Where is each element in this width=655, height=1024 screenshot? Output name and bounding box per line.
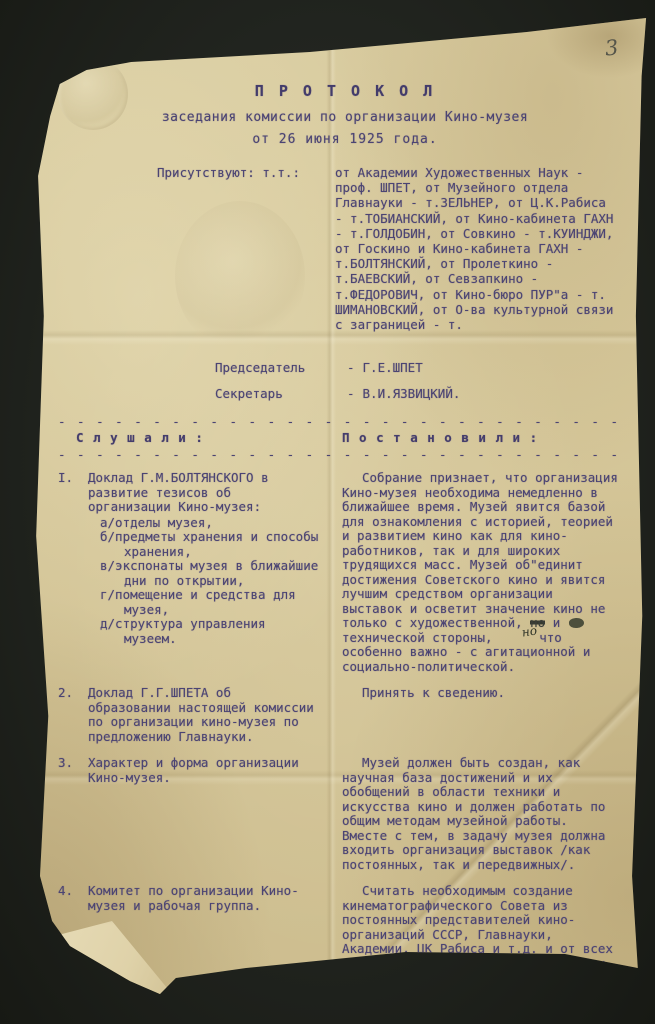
attendees-block: Присутствуют: т.т.: от Академии Художест… (157, 165, 618, 332)
document-title: П Р О Т О К О Л (72, 84, 618, 99)
minutes-row-4: 4. Комитет по организации Кино-музея и р… (58, 884, 618, 1024)
item-number: 2. (58, 686, 88, 744)
column-headers: С л у ш а л и : П о с т а н о в и л и : (58, 430, 618, 445)
heard-cell: 4. Комитет по организации Кино-музея и р… (58, 884, 330, 1024)
item-number: 3. (58, 756, 88, 872)
heard-cell: I. Доклад Г.М.БОЛТЯНСКОГО в развитие тез… (58, 471, 330, 674)
heard-cell: 3. Характер и форма организации Кино-муз… (58, 756, 330, 872)
photo-background: 3 П Р О Т О К О Л заседания комиссии по … (0, 0, 655, 1024)
resolution-paragraph: Принять к сведению. (342, 686, 618, 701)
ink-blot (568, 618, 584, 629)
subitem: а/отделы музея, (88, 516, 320, 531)
resolution-segment: технической стороны, (342, 630, 500, 645)
chairman-name: Г.Е.ШПЕТ (363, 360, 423, 375)
officers-block: Председатель - Г.Е.ШПЕТ Секретарь - В.И.… (215, 360, 618, 401)
document-page: 3 П Р О Т О К О Л заседания комиссии по … (10, 16, 648, 1016)
subitem: г/помещение и средства для музея, (88, 588, 320, 617)
attendees-label: Присутствуют: т.т.: (157, 165, 335, 332)
minutes-row-3: 3. Характер и форма организации Кино-муз… (58, 756, 618, 872)
secretary-dash: - (347, 386, 355, 401)
resolved-column-header: П о с т а н о в и л и : (330, 430, 618, 445)
resolved-cell: Музей должен быть создан, как научная ба… (330, 756, 618, 872)
heard-subitems: а/отделы музея, б/предметы хранения и сп… (88, 516, 320, 647)
chairman-label: Председатель (215, 360, 347, 375)
subitem: д/структура управления музеем. (88, 617, 320, 646)
resolved-cell: Считать необходимым создание кинематогра… (330, 884, 618, 1024)
minutes-row-1: I. Доклад Г.М.БОЛТЯНСКОГО в развитие тез… (58, 471, 618, 674)
item-number: 4. (58, 884, 88, 1024)
heard-text: Доклад Г.М.БОЛТЯНСКОГО в развитие тезисо… (88, 471, 320, 674)
heard-paragraph: Доклад Г.М.БОЛТЯНСКОГО в развитие тезисо… (88, 471, 320, 515)
minutes-row-2: 2. Доклад Г.Г.ШПЕТА об образовании насто… (58, 686, 618, 744)
document-subtitle: заседания комиссии по организации Кино-м… (72, 110, 618, 125)
heard-column-header: С л у ш а л и : (58, 430, 330, 445)
subitem: в/экспонаты музея в ближайшие дни по отк… (88, 559, 320, 588)
secretary-label: Секретарь (215, 386, 347, 401)
resolution-paragraph: Собрание признает, что организация Кино-… (342, 471, 618, 674)
heard-cell: 2. Доклад Г.Г.ШПЕТА об образовании насто… (58, 686, 330, 744)
secretary-row: Секретарь - В.И.ЯЗВИЦКИЙ. (215, 386, 618, 401)
resolved-cell: Собрание признает, что организация Кино-… (330, 471, 618, 674)
minutes-table: I. Доклад Г.М.БОЛТЯНСКОГО в развитие тез… (58, 471, 618, 1024)
heard-paragraph: Характер и форма организации Кино-музея. (88, 756, 320, 785)
heard-text: Доклад Г.Г.ШПЕТА об образовании настояще… (88, 686, 320, 744)
chairman-row: Председатель - Г.Е.ШПЕТ (215, 360, 618, 375)
divider-line-top: - - - - - - - - - - - - - - - - - - - - … (58, 414, 618, 428)
secretary-name: В.И.ЯЗВИЦКИЙ. (363, 386, 461, 401)
document-date: от 26 июня 1925 года. (72, 132, 618, 147)
heard-paragraph: Комитет по организации Кино-музея и рабо… (88, 884, 320, 913)
subitem: б/предметы хранения и способы хранения, (88, 530, 320, 559)
typed-content: П Р О Т О К О Л заседания комиссии по ор… (10, 16, 648, 1016)
heard-text: Характер и форма организации Кино-музея. (88, 756, 320, 872)
divider-line-bottom: - - - - - - - - - - - - - - - - - - - - … (58, 447, 618, 461)
attendees-list: от Академии Художественных Наук - проф. … (335, 165, 618, 332)
heard-paragraph: Доклад Г.Г.ШПЕТА об образовании настояще… (88, 686, 320, 744)
resolved-cell: Принять к сведению. (330, 686, 618, 744)
resolution-segment: Собрание признает, что организация Кино-… (342, 470, 618, 630)
resolution-paragraph: Музей должен быть создан, как научная ба… (342, 756, 618, 872)
document-header: П Р О Т О К О Л заседания комиссии по ор… (58, 84, 618, 147)
resolution-segment: и (545, 615, 568, 630)
resolution-paragraph: Практическая текущая работа передается С… (342, 986, 618, 1024)
heard-text: Комитет по организации Кино-музея и рабо… (88, 884, 320, 1024)
item-number: I. (58, 471, 88, 674)
chairman-dash: - (347, 360, 355, 375)
resolution-paragraph: Считать необходимым создание кинематогра… (342, 884, 618, 986)
